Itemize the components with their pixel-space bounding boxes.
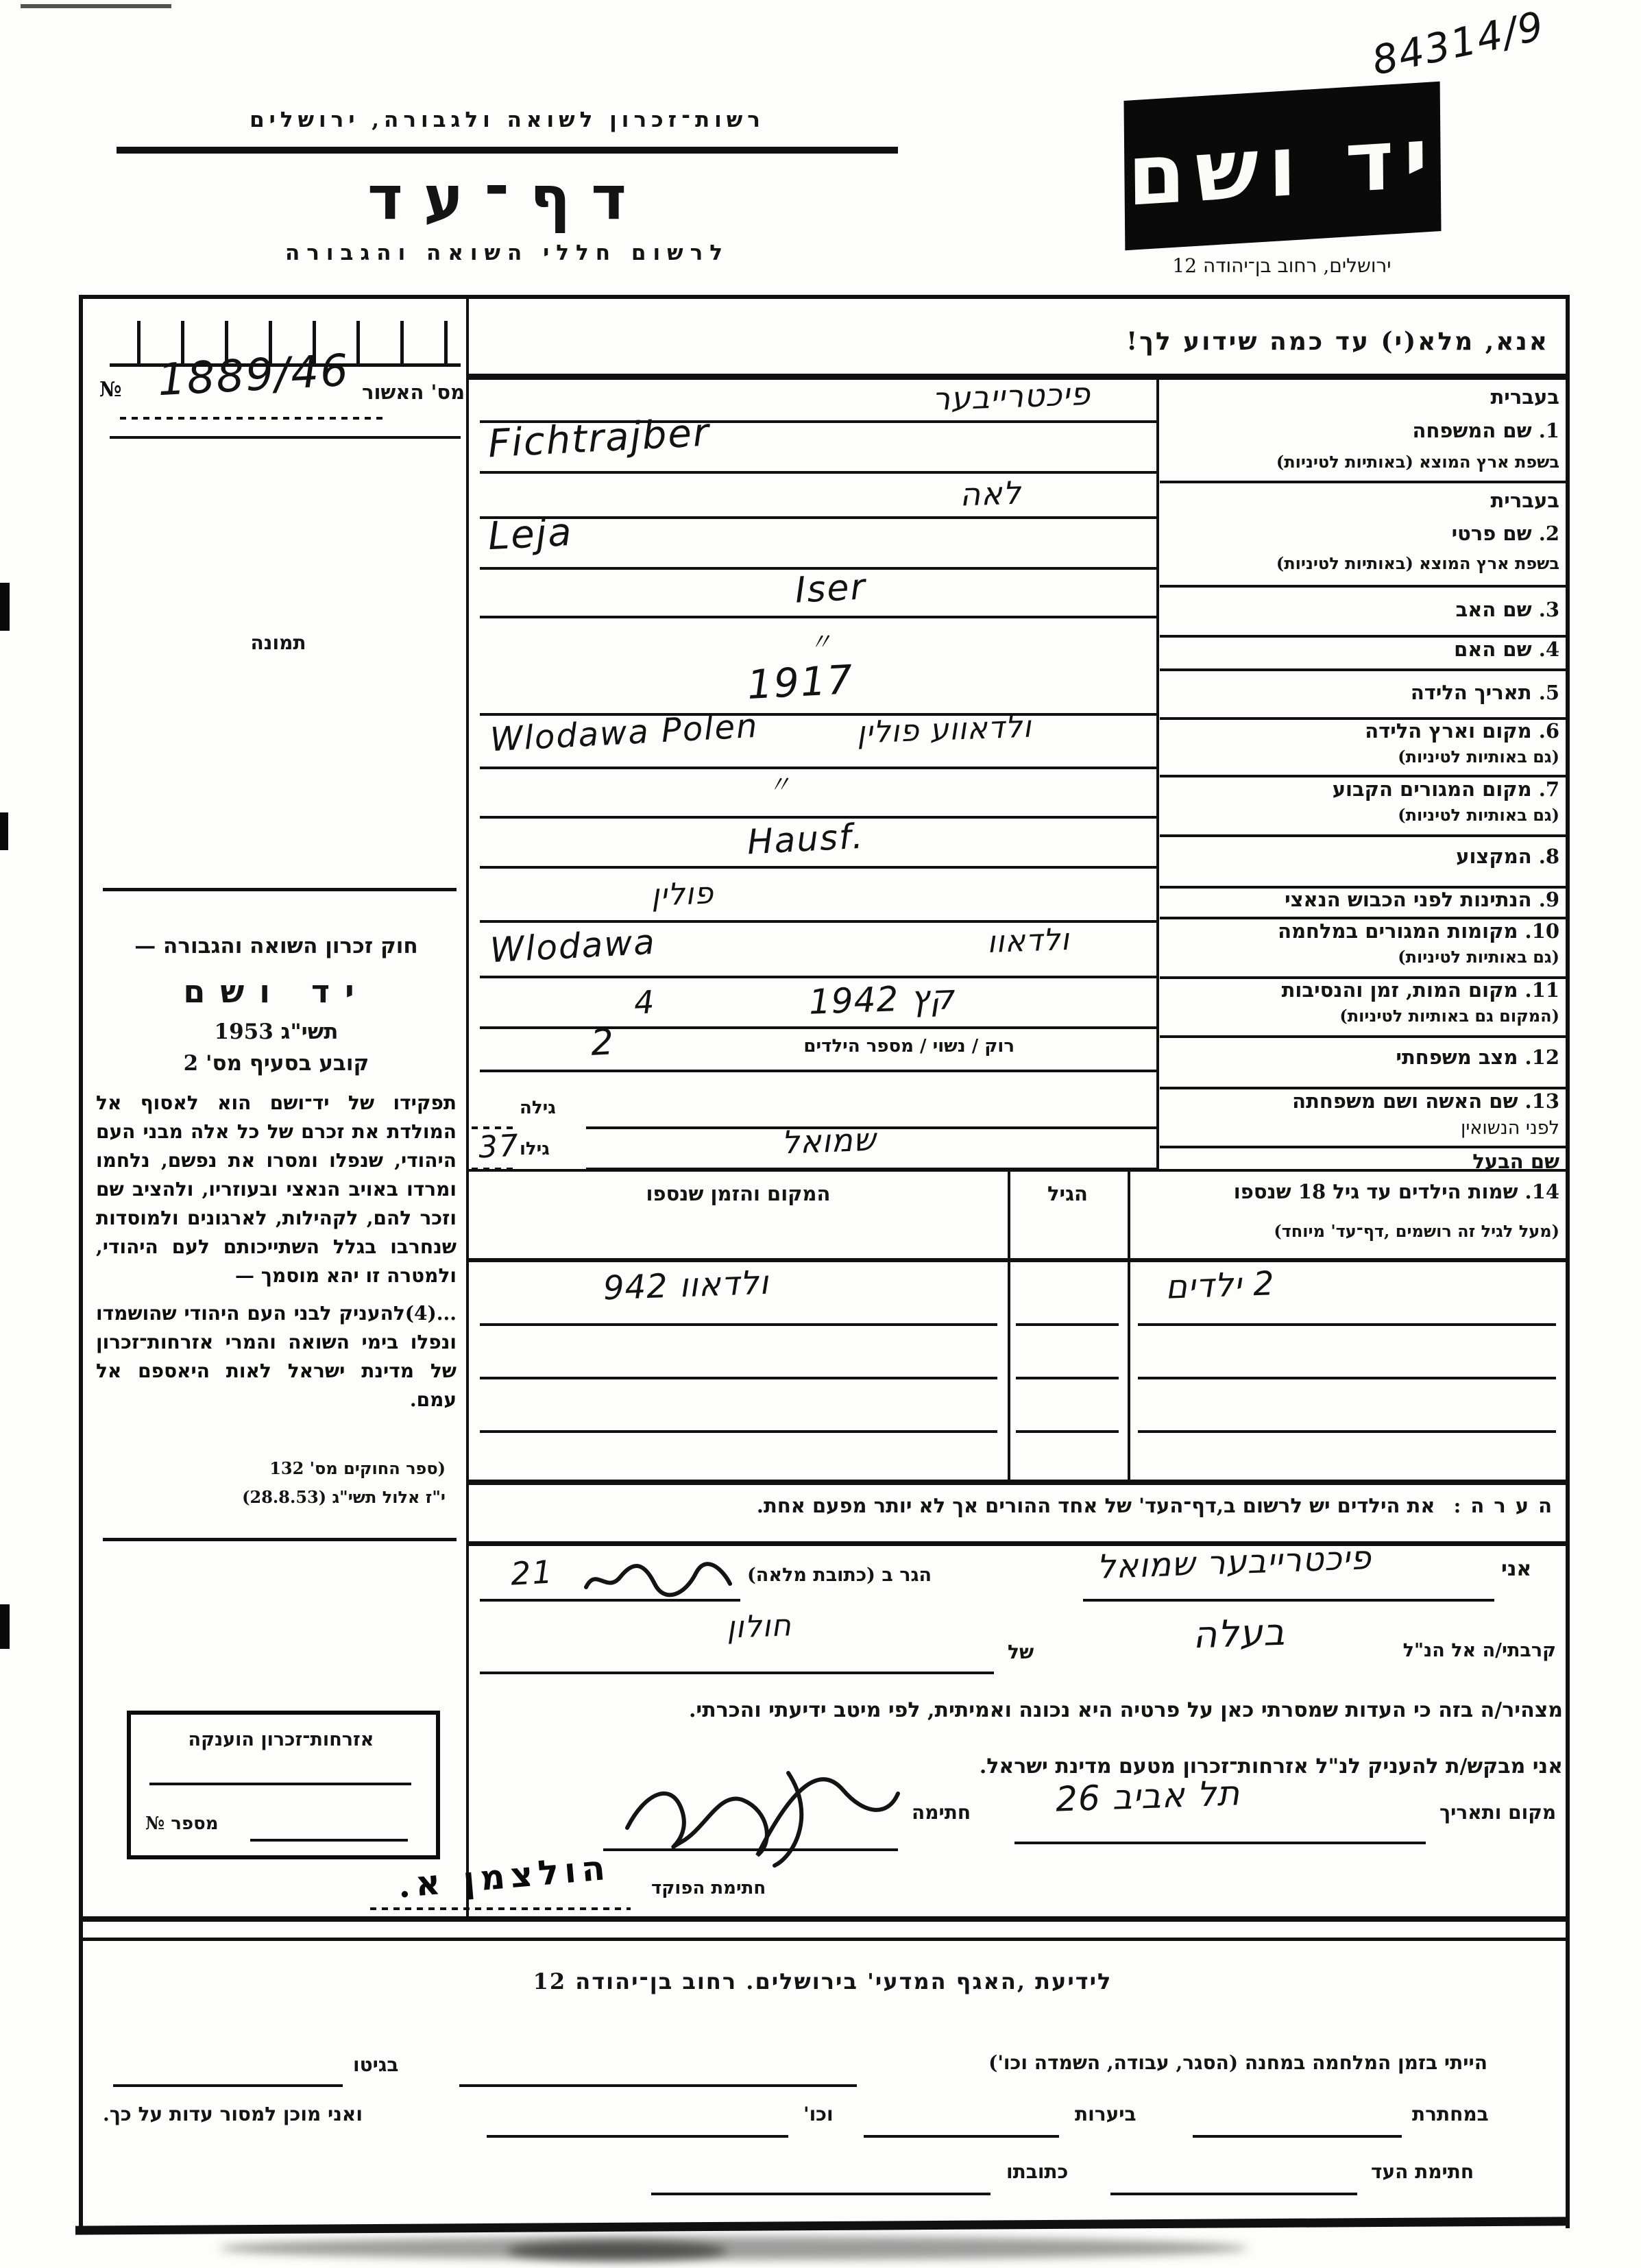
answer-line: [480, 976, 1156, 978]
law-paragraph-2: ...(4)להעניק לבני העם היהודי שהושמדו ונפ…: [96, 1299, 457, 1414]
law-section: קובע בסעיף מס' 2: [96, 1052, 457, 1076]
death-time-handwritten: קץ 1942: [808, 978, 955, 1022]
table-divider-age: [1008, 1169, 1010, 1481]
wife-age-label: גילה: [520, 1098, 556, 1119]
answer-line: [480, 1070, 1156, 1072]
field7-label: 7. מקום המגורים הקבוע: [1165, 778, 1559, 801]
photo-label: תמונה: [103, 632, 454, 654]
field13-label2: לפני הנשואין: [1165, 1118, 1559, 1139]
underground-label: במחתרת: [1412, 2103, 1489, 2125]
scan-artifact: [0, 1604, 10, 1649]
etc-label: וכו': [803, 2103, 834, 2125]
place-date-label: מקום ותאריך: [1439, 1802, 1556, 1824]
field14-note: (מעל לגיל זה רושמים ,דף־עד' מיוחד): [1138, 1222, 1559, 1241]
declarant-name-line: [1083, 1599, 1494, 1602]
ditto-mark: 〃: [808, 629, 833, 656]
daf-ed-testimony-page: 84314/9 רשות־זכרון לשואה ולגבורה, ירושלי…: [0, 0, 1641, 2268]
clerk-signature-label: חתימת הפוקד: [651, 1879, 766, 1899]
place-date-handwritten: תל אביב 26: [1055, 1774, 1241, 1820]
witness-signature-bottom-line: [1110, 2193, 1357, 2195]
field11-note: (המקום גם באותיות לטיניות): [1165, 1006, 1559, 1026]
profession-handwritten: Hausf.: [746, 817, 865, 862]
field14-label: 14. שמות הילדים עד גיל 18 שנספו: [1138, 1181, 1559, 1203]
table-divider-names: [1128, 1169, 1130, 1481]
field2-label: 2. שם פרטי: [1165, 522, 1559, 545]
field2-note: בשפת ארץ המוצא (באותיות לטיניות): [1165, 554, 1559, 573]
answer-line: [480, 1026, 1156, 1029]
children-count-handwritten: 2: [589, 1022, 616, 1065]
form-border-top: [79, 295, 1570, 299]
field6-label: 6. מקום וארץ הלידה: [1165, 720, 1559, 743]
children-note: הערה: את הילדים יש לרשום ב,דף־העד' של אח…: [480, 1495, 1561, 1517]
address-city-handwritten: חולון: [726, 1608, 792, 1645]
scan-smudge: [507, 2241, 727, 2261]
witness-address-line: [651, 2193, 990, 2195]
table-row-line: [1016, 1323, 1119, 1326]
table-row-line: [480, 1430, 997, 1433]
camp-question-label: הייתי בזמן המלחמה במחנה (הסגר, עבודה, הש…: [871, 2052, 1487, 2074]
table-row-line: [480, 1377, 997, 1379]
note-bottom-rule: [469, 1541, 1566, 1546]
war-residence-latin-handwritten: Wlodawa: [489, 923, 657, 971]
corner-handwritten-number: 84314/9: [1368, 3, 1548, 84]
field2-lang: בעברית: [1165, 490, 1559, 512]
table-row-line: [1016, 1430, 1119, 1433]
field10-note: (גם באותיות לטיניות): [1165, 948, 1559, 967]
birth-year-handwritten: 1917: [746, 657, 855, 708]
signature-line: [603, 1848, 898, 1851]
husband-age-label: גילו: [520, 1139, 550, 1160]
scan-artifact: [21, 4, 171, 8]
scan-artifact: [0, 812, 8, 850]
signature-label: חתימה: [912, 1802, 971, 1824]
field11-label: 11. מקום המות, זמן והנסיבות: [1165, 979, 1559, 1002]
label-rule: [1160, 834, 1567, 837]
ghetto-answer-line: [113, 2084, 343, 2087]
child-name-handwritten: 2 ילדים: [1165, 1265, 1275, 1307]
field8-label: 8. המקצוע: [1165, 845, 1559, 868]
header-rule: [117, 147, 898, 154]
field9-label: 9. הנתינות לפני הכבוש הנאצי: [1165, 889, 1559, 911]
field12-options: רוק / נשוי / מספר הילדים: [631, 1037, 1014, 1057]
forests-label: ביערות: [1075, 2103, 1136, 2125]
etc-answer-line: [487, 2135, 788, 2138]
forests-answer-line: [864, 2135, 1059, 2138]
label-rule: [1160, 1146, 1567, 1148]
table-row-line: [1138, 1430, 1556, 1433]
declaration-statement: מצהיר/ה בזה כי העדות שמסרתי כאן על פרטיה…: [494, 1699, 1563, 1723]
answer-line: [480, 767, 1156, 769]
relation-line: [480, 1672, 994, 1674]
relation-of-label: של: [1008, 1641, 1034, 1663]
law-block-rule-bottom: [103, 1538, 457, 1541]
table-row-line: [1016, 1377, 1119, 1379]
law-paragraph-1: תפקידו של יד־ושם הוא לאסוף אל המולדת את …: [96, 1089, 457, 1290]
table-header-rule: [469, 1258, 1566, 1262]
birthplace-hebrew-handwritten: ולדאווע פולין: [856, 710, 1032, 751]
approval-underline: [110, 436, 461, 439]
grant-box-number-label: מספר №: [145, 1814, 219, 1835]
husband-age-handwritten: 37: [478, 1129, 521, 1166]
surname-latin-handwritten: Fichtrajber: [487, 411, 712, 467]
answer-line: [480, 616, 1156, 618]
witness-address-label: כתובתו: [1006, 2161, 1068, 2183]
underground-answer-line: [1193, 2135, 1402, 2138]
approval-underline-dotted: [120, 417, 387, 420]
field1-lang: בעברית: [1165, 386, 1559, 409]
surname-hebrew-handwritten: פיכטרייבער: [932, 376, 1091, 418]
grant-box-number-line: [250, 1839, 408, 1842]
label-rule: [1160, 481, 1567, 483]
table-col-place: המקום והזמן שנספו: [469, 1183, 1008, 1205]
answer-line: [480, 516, 1156, 519]
law-name: יד ושם: [96, 974, 457, 1010]
grant-box-line: [149, 1783, 411, 1785]
field12-label: 12. מצב משפחתי: [1165, 1046, 1559, 1069]
form-subtitle: לרשום חללי השואה והגבורה: [117, 241, 898, 266]
fill-instruction: אנא, מלא(י) עד כמה שידוע לך!: [754, 328, 1549, 356]
form-border-bottom: [75, 2217, 1570, 2234]
field5-label: 5. תאריך הלידה: [1165, 681, 1559, 704]
testimony-willing-label: ואני מוכן למסור עדות על כך.: [103, 2103, 363, 2125]
field1-note: בשפת ארץ המוצא (באותיות לטיניות): [1165, 453, 1559, 472]
logo-address: ירושלים, רחוב בן־יהודה 12: [1076, 255, 1487, 277]
law-year: תשי"ג 1953: [96, 1020, 457, 1045]
child-place-time-handwritten: ולדאוו 942: [603, 1264, 769, 1308]
address-street-scribble: [583, 1556, 733, 1599]
field6-note: (גם באותיות לטיניות): [1165, 747, 1559, 767]
authority-line: רשות־זכרון לשואה ולגבורה, ירושלים: [117, 108, 898, 133]
scientific-dept-title: לידיעת ,האגף המדעי' בירושלים. רחוב בן־יה…: [288, 1969, 1357, 1994]
table-top-rule: [469, 1169, 1566, 1172]
witness-signature-scribble: [617, 1752, 905, 1869]
labels-divider: [1156, 374, 1159, 1170]
table-row-line: [1138, 1323, 1556, 1326]
approval-number-handwritten: 1889/46: [156, 346, 350, 407]
field7-note: (גם באותיות לטיניות): [1165, 806, 1559, 825]
approval-label: מס' האשור: [362, 381, 465, 404]
left-column-divider: [466, 295, 469, 1916]
clerk-stamp-dotted-line: [370, 1907, 631, 1910]
firstname-hebrew-handwritten: לאה: [959, 474, 1022, 513]
field1-label: 1. שם המשפחה: [1165, 420, 1559, 442]
section-double-rule-1: [79, 1916, 1569, 1922]
field4-label: 4. שם האם: [1165, 638, 1559, 661]
declarant-i-label: אני: [1501, 1558, 1531, 1582]
field13-label: 13. שם האשה ושם משפחתה: [1165, 1090, 1559, 1113]
war-residence-hebrew-handwritten: ולדאוו: [986, 923, 1070, 961]
law-citation-1: (ספר החוקים מס' 132: [103, 1459, 446, 1478]
field10-label: 10. מקומות המגורים במלחמה: [1165, 920, 1559, 943]
law-citation-2: י"ז אלול תשי"ג (28.8.53): [103, 1488, 446, 1507]
address-number-handwritten: 21: [510, 1554, 555, 1592]
relation-handwritten: בעלה: [1192, 1611, 1286, 1657]
scan-artifact: [0, 583, 10, 631]
children-note-title: הערה:: [1454, 1494, 1561, 1517]
table-row-line: [1138, 1377, 1556, 1379]
place-date-line: [1014, 1842, 1426, 1844]
answer-line: [480, 866, 1156, 869]
field3-label: 3. שם האב: [1165, 599, 1559, 621]
camp-answer-line: [459, 2084, 857, 2087]
firstname-latin-handwritten: Leja: [487, 511, 574, 559]
table-bottom-rule: [469, 1480, 1566, 1485]
address-line: [480, 1599, 740, 1602]
grant-box-title: אזרחות־זכרון הוענקה: [137, 1729, 425, 1750]
yad-vashem-logo: יד ושם: [1123, 82, 1441, 250]
form-title: דף־עד: [117, 163, 898, 232]
death-month-handwritten: 4: [633, 984, 657, 1021]
answer-line: [480, 471, 1156, 474]
table-col-age: הגיל: [1008, 1183, 1128, 1205]
section-double-rule-2: [79, 1938, 1569, 1941]
residence-ditto-mark: 〃: [767, 771, 792, 799]
ghetto-label: בגיטו: [353, 2054, 398, 2076]
label-rule: [1160, 668, 1567, 671]
declarant-name-handwritten: פיכטרייבער שמואל: [1096, 1539, 1372, 1587]
label-rule: [1160, 1035, 1567, 1038]
citizenship-handwritten: פולין: [651, 876, 714, 913]
label-rule: [1160, 585, 1567, 588]
scan-smudge: [219, 2236, 1248, 2260]
children-note-text: את הילדים יש לרשום ב,דף־העד' של אחד ההור…: [757, 1494, 1435, 1517]
law-block-rule-top: [103, 888, 457, 891]
law-intro: חוק זכרון השואה והגבורה —: [96, 934, 457, 959]
residing-label: הגר ב (כתובת מלאה): [747, 1565, 932, 1586]
father-name-handwritten: Iser: [794, 567, 868, 612]
approval-no-symbol: №: [99, 378, 122, 402]
husband-name-handwritten: שמואל: [781, 1122, 877, 1161]
yad-vashem-logo-text: יד ושם: [1127, 107, 1438, 225]
table-row-line: [480, 1323, 997, 1326]
witness-signature-bottom-label: חתימת העד: [1371, 2161, 1474, 2183]
relation-label: קרבתי/ה אל הנ"ל: [1337, 1640, 1556, 1661]
